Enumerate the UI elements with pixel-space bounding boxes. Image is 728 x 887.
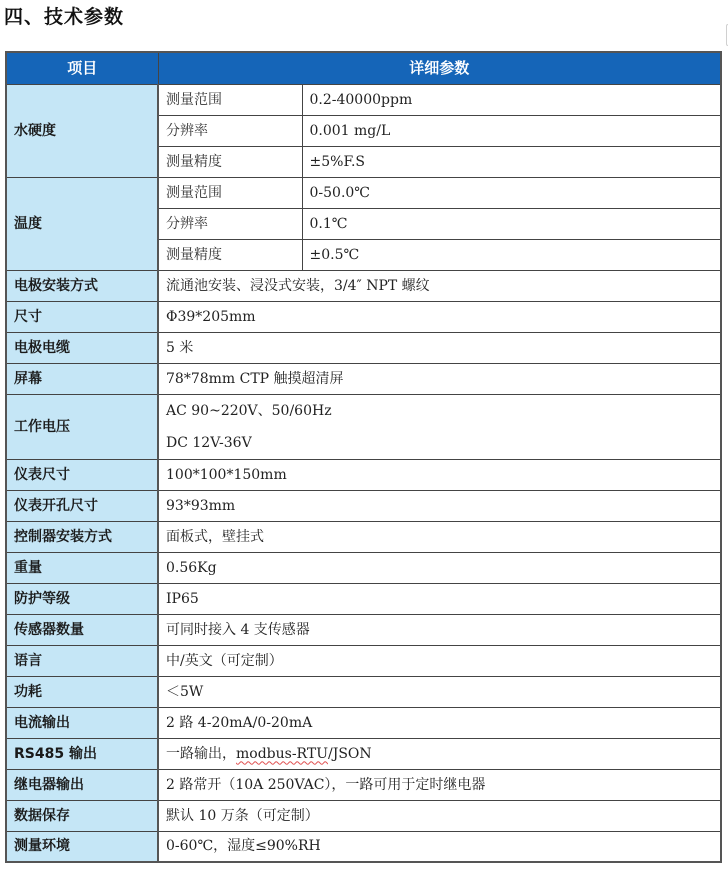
row-item-water-hardness: 水硬度 xyxy=(6,84,158,177)
row-value: 2 路 4-20mA/0-20mA xyxy=(158,707,721,738)
table-row: 数据保存 默认 10 万条（可定制） xyxy=(6,800,721,831)
table-row: 温度 测量范围 0-50.0℃ xyxy=(6,177,721,208)
row-item: 数据保存 xyxy=(6,800,158,831)
table-row: 仪表尺寸 100*100*150mm xyxy=(6,459,721,490)
table-row: 测量环境 0-60℃，湿度≤90%RH xyxy=(6,831,721,862)
table-row: 控制器安装方式 面板式，壁挂式 xyxy=(6,521,721,552)
row-item: 仪表开孔尺寸 xyxy=(6,490,158,521)
row-item: 功耗 xyxy=(6,676,158,707)
value-line: AC 90~220V、50/60Hz xyxy=(166,395,720,427)
row-value: 0.2-40000ppm xyxy=(302,84,721,115)
row-value: 可同时接入 4 支传感器 xyxy=(158,614,721,645)
row-value: 2 路常开（10A 250VAC），一路可用于定时继电器 xyxy=(158,769,721,800)
table-row: 尺寸 Φ39*205mm xyxy=(6,301,721,332)
table-row: 语言 中/英文（可定制） xyxy=(6,645,721,676)
spec-table: 项目 详细参数 水硬度 测量范围 0.2-40000ppm 分辨率 0.001 … xyxy=(5,51,722,863)
row-value: 流通池安装、浸没式安装，3/4″ NPT 螺纹 xyxy=(158,270,721,301)
row-item: 屏幕 xyxy=(6,363,158,394)
row-value: ±5%F.S xyxy=(302,146,721,177)
row-item: 防护等级 xyxy=(6,583,158,614)
row-value: 0.56Kg xyxy=(158,552,721,583)
row-item: 语言 xyxy=(6,645,158,676)
row-item: 电极安装方式 xyxy=(6,270,158,301)
row-item-temperature: 温度 xyxy=(6,177,158,270)
table-header-row: 项目 详细参数 xyxy=(6,52,721,84)
row-sublabel: 分辨率 xyxy=(158,115,302,146)
row-item: RS485 输出 xyxy=(6,738,158,769)
table-row: 电极安装方式 流通池安装、浸没式安装，3/4″ NPT 螺纹 xyxy=(6,270,721,301)
row-item: 工作电压 xyxy=(6,394,158,459)
header-item: 项目 xyxy=(6,52,158,84)
table-row: 功耗 ＜5W xyxy=(6,676,721,707)
row-value: 0.001 mg/L xyxy=(302,115,721,146)
row-value: 中/英文（可定制） xyxy=(158,645,721,676)
value-spellcheck-underlined: modbus-RTU xyxy=(236,746,328,762)
value-prefix: 一路输出， xyxy=(166,746,236,762)
row-value: 93*93mm xyxy=(158,490,721,521)
table-row: 工作电压 AC 90~220V、50/60Hz DC 12V-36V xyxy=(6,394,721,459)
row-value: 默认 10 万条（可定制） xyxy=(158,800,721,831)
row-sublabel: 测量范围 xyxy=(158,177,302,208)
row-value: IP65 xyxy=(158,583,721,614)
row-sublabel: 测量范围 xyxy=(158,84,302,115)
table-row: 继电器输出 2 路常开（10A 250VAC），一路可用于定时继电器 xyxy=(6,769,721,800)
row-value: 0.1℃ xyxy=(302,208,721,239)
row-value: Φ39*205mm xyxy=(158,301,721,332)
row-value: ＜5W xyxy=(158,676,721,707)
row-item: 尺寸 xyxy=(6,301,158,332)
row-value: 一路输出，modbus-RTU/JSON xyxy=(158,738,721,769)
table-row: RS485 输出 一路输出，modbus-RTU/JSON xyxy=(6,738,721,769)
table-row: 屏幕 78*78mm CTP 触摸超清屏 xyxy=(6,363,721,394)
row-value: 78*78mm CTP 触摸超清屏 xyxy=(158,363,721,394)
section-title: 四、技术参数 xyxy=(4,2,124,29)
row-sublabel: 测量精度 xyxy=(158,239,302,270)
row-value: ±0.5℃ xyxy=(302,239,721,270)
table-row: 防护等级 IP65 xyxy=(6,583,721,614)
table-row: 重量 0.56Kg xyxy=(6,552,721,583)
row-item: 测量环境 xyxy=(6,831,158,862)
row-value: 0-60℃，湿度≤90%RH xyxy=(158,831,721,862)
table-row: 仪表开孔尺寸 93*93mm xyxy=(6,490,721,521)
row-value: 0-50.0℃ xyxy=(302,177,721,208)
table-row: 水硬度 测量范围 0.2-40000ppm xyxy=(6,84,721,115)
row-item: 控制器安装方式 xyxy=(6,521,158,552)
table-row: 电极电缆 5 米 xyxy=(6,332,721,363)
row-value: 面板式，壁挂式 xyxy=(158,521,721,552)
row-item: 仪表尺寸 xyxy=(6,459,158,490)
value-suffix: /JSON xyxy=(328,746,372,762)
row-value-multiline: AC 90~220V、50/60Hz DC 12V-36V xyxy=(158,394,721,459)
value-line: DC 12V-36V xyxy=(166,427,720,459)
row-sublabel: 分辨率 xyxy=(158,208,302,239)
row-sublabel: 测量精度 xyxy=(158,146,302,177)
row-item: 电极电缆 xyxy=(6,332,158,363)
row-item: 继电器输出 xyxy=(6,769,158,800)
row-item: 电流输出 xyxy=(6,707,158,738)
row-item: 传感器数量 xyxy=(6,614,158,645)
row-value: 5 米 xyxy=(158,332,721,363)
header-detail: 详细参数 xyxy=(158,52,721,84)
table-row: 电流输出 2 路 4-20mA/0-20mA xyxy=(6,707,721,738)
row-value: 100*100*150mm xyxy=(158,459,721,490)
row-item: 重量 xyxy=(6,552,158,583)
table-row: 传感器数量 可同时接入 4 支传感器 xyxy=(6,614,721,645)
